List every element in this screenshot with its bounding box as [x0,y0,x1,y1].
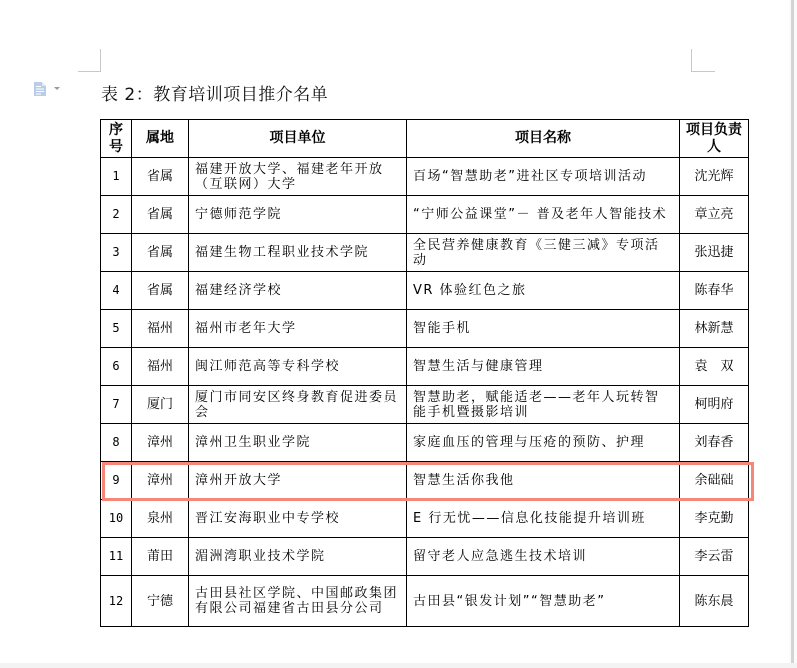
header-seq: 序号 [101,120,132,158]
header-unit: 项目单位 [189,120,407,158]
cell-unit: 古田县社区学院、中国邮政集团有限公司福建省古田县分公司 [189,576,407,627]
document-icon[interactable] [34,82,46,96]
cell-region: 厦门 [132,386,189,424]
cell-unit: 漳州卫生职业学院 [189,424,407,462]
table-row: 6 福州 闽江师范高等专科学校 智慧生活与健康管理 袁 双 [101,348,749,386]
cell-seq: 12 [101,576,132,627]
crop-mark-top-left [78,49,101,72]
cell-owner: 陈春华 [680,272,749,310]
cell-project: 智慧生活你我他 [407,462,680,500]
cell-region: 宁德 [132,576,189,627]
header-project: 项目名称 [407,120,680,158]
cell-region: 莆田 [132,538,189,576]
cell-owner: 刘春香 [680,424,749,462]
cell-owner: 章立亮 [680,196,749,234]
table-row: 4 省属 福建经济学校 VR 体验红色之旅 陈春华 [101,272,749,310]
cell-region: 福州 [132,310,189,348]
cell-project: 家庭血压的管理与压疮的预防、护理 [407,424,680,462]
cell-owner: 柯明府 [680,386,749,424]
cell-region: 省属 [132,272,189,310]
table-header-row: 序号 属地 项目单位 项目名称 项目负责人 [101,120,749,158]
cell-project: 百场“智慧助老”进社区专项培训活动 [407,158,680,196]
header-region: 属地 [132,120,189,158]
cell-owner: 余础础 [680,462,749,500]
cell-owner: 张迅捷 [680,234,749,272]
table-row: 7 厦门 厦门市同安区终身教育促进委员会 智慧助老，赋能适老——老年人玩转智能手… [101,386,749,424]
cell-seq: 11 [101,538,132,576]
table-row-highlighted: 9 漳州 漳州开放大学 智慧生活你我他 余础础 [101,462,749,500]
table-row: 5 福州 福州市老年大学 智能手机 林新慧 [101,310,749,348]
cell-seq: 5 [101,310,132,348]
cell-region: 省属 [132,158,189,196]
cell-seq: 6 [101,348,132,386]
cell-project: “宁师公益课堂”－ 普及老年人智能技术 [407,196,680,234]
cell-unit: 宁德师范学院 [189,196,407,234]
project-table: 序号 属地 项目单位 项目名称 项目负责人 1 省属 福建开放大学、福建老年开放… [100,119,749,627]
scrollbar-thumb[interactable] [791,0,794,663]
header-owner: 项目负责人 [680,120,749,158]
cell-seq: 8 [101,424,132,462]
table-row: 1 省属 福建开放大学、福建老年开放（互联网）大学 百场“智慧助老”进社区专项培… [101,158,749,196]
cell-project: 留守老人应急逃生技术培训 [407,538,680,576]
cell-seq: 2 [101,196,132,234]
cell-unit: 湄洲湾职业技术学院 [189,538,407,576]
cell-seq: 3 [101,234,132,272]
table-row: 3 省属 福建生物工程职业技术学院 全民营养健康教育《三健三减》专项活动 张迅捷 [101,234,749,272]
cell-owner: 李克勤 [680,500,749,538]
cell-owner: 李云雷 [680,538,749,576]
cell-seq: 9 [101,462,132,500]
crop-mark-top-right [691,49,715,72]
cell-unit: 漳州开放大学 [189,462,407,500]
document-page: 表 2：教育培训项目推介名单 序号 属地 项目单位 项目名称 项目负责人 1 省… [0,0,789,663]
cell-seq: 7 [101,386,132,424]
cell-region: 省属 [132,234,189,272]
cell-owner: 林新慧 [680,310,749,348]
cell-owner: 沈光辉 [680,158,749,196]
cell-project: 智能手机 [407,310,680,348]
table-row: 2 省属 宁德师范学院 “宁师公益课堂”－ 普及老年人智能技术 章立亮 [101,196,749,234]
cell-project: 古田县“银发计划”“智慧助老” [407,576,680,627]
cell-region: 漳州 [132,424,189,462]
cell-project: 智慧助老，赋能适老——老年人玩转智能手机暨摄影培训 [407,386,680,424]
chevron-down-icon[interactable] [54,87,60,90]
cell-project: 全民营养健康教育《三健三减》专项活动 [407,234,680,272]
table-row: 8 漳州 漳州卫生职业学院 家庭血压的管理与压疮的预防、护理 刘春香 [101,424,749,462]
cell-project: E 行无忧——信息化技能提升培训班 [407,500,680,538]
cell-region: 福州 [132,348,189,386]
cell-owner: 袁 双 [680,348,749,386]
cell-unit: 福建生物工程职业技术学院 [189,234,407,272]
cell-unit: 晋江安海职业中专学校 [189,500,407,538]
page-bottom-edge [0,663,797,668]
cell-unit: 闽江师范高等专科学校 [189,348,407,386]
cell-unit: 福建经济学校 [189,272,407,310]
cell-unit: 厦门市同安区终身教育促进委员会 [189,386,407,424]
cell-seq: 1 [101,158,132,196]
cell-unit: 福州市老年大学 [189,310,407,348]
vertical-scrollbar[interactable] [789,0,797,668]
cell-unit: 福建开放大学、福建老年开放（互联网）大学 [189,158,407,196]
table-row: 10 泉州 晋江安海职业中专学校 E 行无忧——信息化技能提升培训班 李克勤 [101,500,749,538]
cell-seq: 4 [101,272,132,310]
table-title: 表 2：教育培训项目推介名单 [101,80,328,105]
cell-project: VR 体验红色之旅 [407,272,680,310]
cell-region: 泉州 [132,500,189,538]
cell-region: 省属 [132,196,189,234]
table-row: 12 宁德 古田县社区学院、中国邮政集团有限公司福建省古田县分公司 古田县“银发… [101,576,749,627]
cell-project: 智慧生活与健康管理 [407,348,680,386]
cell-owner: 陈东晨 [680,576,749,627]
cell-seq: 10 [101,500,132,538]
cell-region: 漳州 [132,462,189,500]
table-row: 11 莆田 湄洲湾职业技术学院 留守老人应急逃生技术培训 李云雷 [101,538,749,576]
